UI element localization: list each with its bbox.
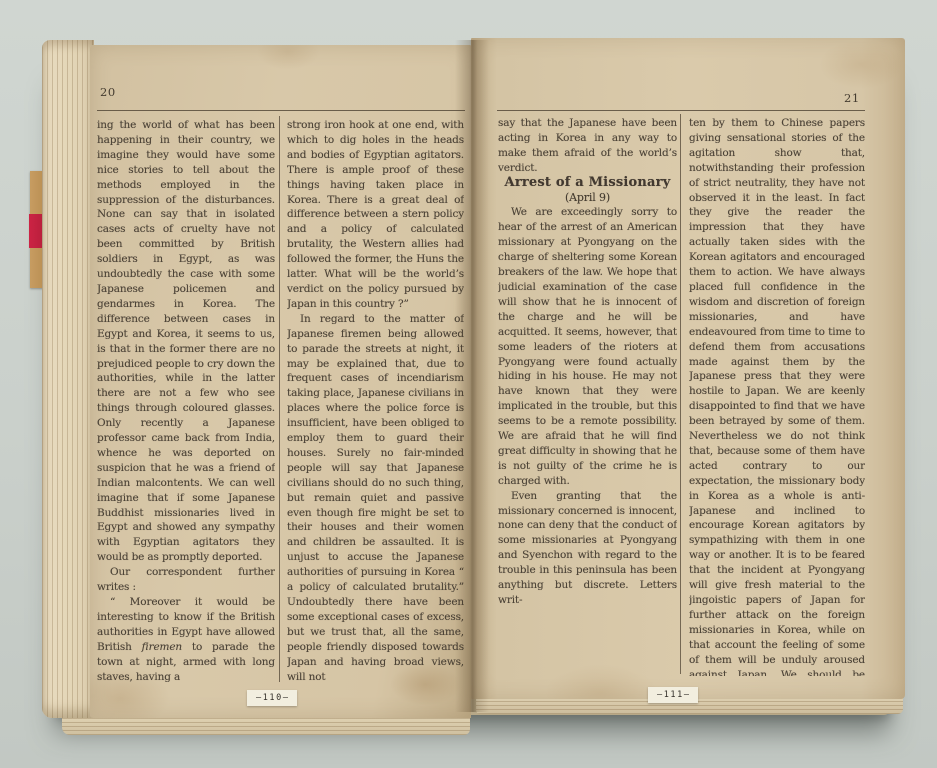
page-number-right: 21 (844, 91, 860, 105)
paragraph: Even granting that the missionary concer… (498, 489, 677, 608)
paragraph: ing the world of what has been happening… (97, 118, 275, 565)
paragraph: We are exceedingly sorry to hear of the … (498, 205, 677, 488)
left-page: 20 ing the world of what has been happen… (90, 45, 471, 718)
page-label-sticker-left: –110– (247, 690, 297, 706)
section-date: (April 9) (498, 191, 677, 206)
section-heading: Arrest of a Missionary (498, 176, 677, 191)
right-page-column-1: say that the Japanese have been acting i… (498, 116, 677, 676)
paragraph: “ Moreover it would be interesting to kn… (97, 595, 275, 682)
page-number-left: 20 (100, 85, 116, 99)
paragraph: In regard to the matter of Japanese fire… (287, 312, 464, 682)
italic-word-firemen: firemen (142, 641, 182, 653)
paragraph: strong iron hook at one end, with which … (287, 118, 464, 312)
right-page: 21 say that the Japanese have been actin… (471, 38, 905, 699)
page-stack-bottom-left (62, 716, 470, 735)
paragraph: ten by them to Chinese papers giving sen… (689, 116, 865, 676)
column-divider-left (279, 116, 280, 682)
page-label-sticker-right: –111– (648, 687, 698, 703)
paragraph: say that the Japanese have been acting i… (498, 116, 677, 176)
header-rule-right (497, 110, 865, 111)
paragraph: Our correspondent further writes : (97, 565, 275, 595)
page-stack-left-edge (42, 40, 94, 718)
left-page-column-1: ing the world of what has been happening… (97, 118, 275, 682)
column-divider-right (680, 114, 681, 674)
left-page-column-2: strong iron hook at one end, with which … (287, 118, 464, 682)
header-rule-left (97, 110, 465, 111)
right-page-column-2: ten by them to Chinese papers giving sen… (689, 116, 865, 676)
